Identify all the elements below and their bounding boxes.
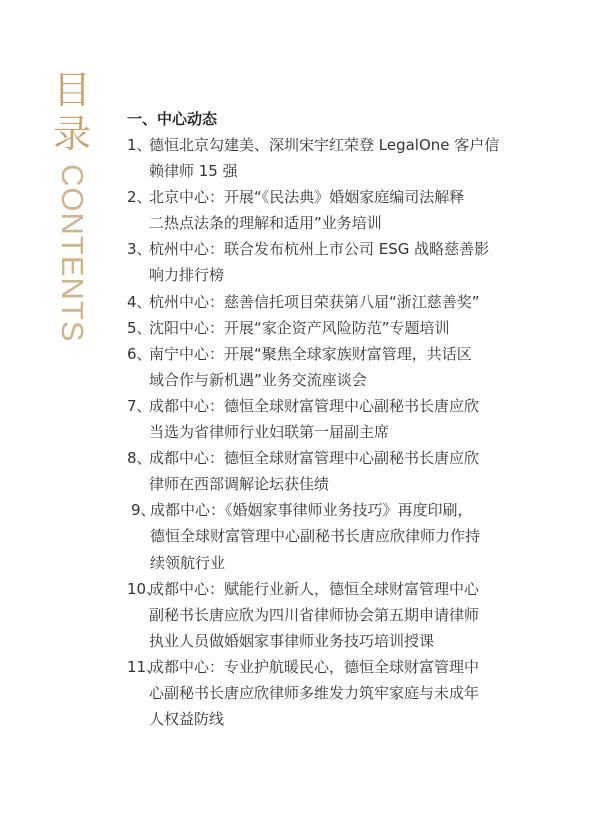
toc-item[interactable]: 8、成都中心：德恒全球财富管理中心副秘书长唐应欣律师在西部调解论坛获佳绩 <box>127 445 527 497</box>
toc-item-text: 杭州中心：慈善信托项目荣获第八届“浙江慈善奖” <box>149 289 527 315</box>
toc-item-line: 副秘书长唐应欣为四川省律师协会第五期申请律师 <box>149 602 527 628</box>
toc-item-line: 南宁中心：开展“聚焦全球家族财富管理，共话区 <box>149 341 527 367</box>
toc-item-line: 心副秘书长唐应欣律师多维发力筑牢家庭与未成年 <box>149 680 527 706</box>
toc-item[interactable]: 7、成都中心：德恒全球财富管理中心副秘书长唐应欣当选为省律师行业妇联第一届副主席 <box>127 393 527 445</box>
toc-item-number: 7、 <box>127 393 149 445</box>
toc-item-line: 二热点法条的理解和适用”业务培训 <box>149 210 527 236</box>
toc-item-line: 杭州中心：联合发布杭州上市公司 ESG 战略慈善影 <box>149 236 527 262</box>
toc-item-line: 北京中心：开展“《民法典》婚姻家庭编司法解释 <box>149 184 527 210</box>
toc-item-number: 10、 <box>127 576 149 654</box>
toc-item-number: 3、 <box>127 236 149 288</box>
toc-item[interactable]: 3、杭州中心：联合发布杭州上市公司 ESG 战略慈善影响力排行榜 <box>127 236 527 288</box>
toc-item[interactable]: 11、成都中心：专业护航暖民心，德恒全球财富管理中心副秘书长唐应欣律师多维发力筑… <box>127 654 527 732</box>
toc-item-text: 南宁中心：开展“聚焦全球家族财富管理，共话区域合作与新机遇”业务交流座谈会 <box>149 341 527 393</box>
toc-item-line: 律师在西部调解论坛获佳绩 <box>149 471 527 497</box>
toc-item-line: 成都中心：《婚姻家事律师业务技巧》再度印刷， <box>150 497 527 523</box>
toc-item[interactable]: 1、德恒北京勾建美、深圳宋宇红荣登 LegalOne 客户信赖律师 15 强 <box>127 132 527 184</box>
toc-item[interactable]: 4、杭州中心：慈善信托项目荣获第八届“浙江慈善奖” <box>127 289 527 315</box>
toc-item-line: 人权益防线 <box>149 706 527 732</box>
toc-item-line: 当选为省律师行业妇联第一届副主席 <box>149 419 527 445</box>
toc-item-line: 域合作与新机遇”业务交流座谈会 <box>149 367 527 393</box>
title-char-mu: 目 <box>53 68 91 112</box>
toc-item-number: 9、 <box>127 497 150 575</box>
toc-item-line: 成都中心：德恒全球财富管理中心副秘书长唐应欣 <box>149 445 527 471</box>
toc-item-line: 成都中心：赋能行业新人，德恒全球财富管理中心 <box>149 576 527 602</box>
toc-item-line: 成都中心：专业护航暖民心，德恒全球财富管理中 <box>149 654 527 680</box>
toc-item-text: 德恒北京勾建美、深圳宋宇红荣登 LegalOne 客户信赖律师 15 强 <box>149 132 527 184</box>
toc-item-number: 4、 <box>127 289 149 315</box>
toc-items: 1、德恒北京勾建美、深圳宋宇红荣登 LegalOne 客户信赖律师 15 强2、… <box>127 132 527 732</box>
title-char-lu: 录 <box>53 112 91 156</box>
toc-item-text: 成都中心：专业护航暖民心，德恒全球财富管理中心副秘书长唐应欣律师多维发力筑牢家庭… <box>149 654 527 732</box>
toc-item-text: 成都中心：德恒全球财富管理中心副秘书长唐应欣当选为省律师行业妇联第一届副主席 <box>149 393 527 445</box>
toc-item[interactable]: 2、北京中心：开展“《民法典》婚姻家庭编司法解释二热点法条的理解和适用”业务培训 <box>127 184 527 236</box>
toc-item[interactable]: 9、成都中心：《婚姻家事律师业务技巧》再度印刷，德恒全球财富管理中心副秘书长唐应… <box>127 497 527 575</box>
toc-item-line: 成都中心：德恒全球财富管理中心副秘书长唐应欣 <box>149 393 527 419</box>
title-english: CONTENTS <box>57 164 87 343</box>
toc-item-number: 11、 <box>127 654 149 732</box>
toc-item[interactable]: 10、成都中心：赋能行业新人，德恒全球财富管理中心副秘书长唐应欣为四川省律师协会… <box>127 576 527 654</box>
toc-item-text: 沈阳中心：开展“家企资产风险防范”专题培训 <box>149 315 527 341</box>
toc-item-line: 沈阳中心：开展“家企资产风险防范”专题培训 <box>149 315 527 341</box>
toc-item-text: 成都中心：《婚姻家事律师业务技巧》再度印刷，德恒全球财富管理中心副秘书长唐应欣律… <box>150 497 527 575</box>
toc-item-number: 8、 <box>127 445 149 497</box>
toc-item-text: 成都中心：德恒全球财富管理中心副秘书长唐应欣律师在西部调解论坛获佳绩 <box>149 445 527 497</box>
contents-side-title: 目 录 CONTENTS <box>52 68 92 343</box>
toc-item-line: 赖律师 15 强 <box>149 158 527 184</box>
toc-item-line: 德恒北京勾建美、深圳宋宇红荣登 LegalOne 客户信 <box>149 132 527 158</box>
toc-item-line: 德恒全球财富管理中心副秘书长唐应欣律师力作持 <box>150 523 527 549</box>
toc-item-line: 执业人员做婚姻家事律师业务技巧培训授课 <box>149 628 527 654</box>
table-of-contents: 一、中心动态 1、德恒北京勾建美、深圳宋宇红荣登 LegalOne 客户信赖律师… <box>127 106 527 732</box>
toc-item-line: 杭州中心：慈善信托项目荣获第八届“浙江慈善奖” <box>149 289 527 315</box>
toc-item-text: 杭州中心：联合发布杭州上市公司 ESG 战略慈善影响力排行榜 <box>149 236 527 288</box>
toc-item-text: 成都中心：赋能行业新人，德恒全球财富管理中心副秘书长唐应欣为四川省律师协会第五期… <box>149 576 527 654</box>
toc-item-text: 北京中心：开展“《民法典》婚姻家庭编司法解释二热点法条的理解和适用”业务培训 <box>149 184 527 236</box>
toc-item[interactable]: 6、南宁中心：开展“聚焦全球家族财富管理，共话区域合作与新机遇”业务交流座谈会 <box>127 341 527 393</box>
toc-item-number: 2、 <box>127 184 149 236</box>
toc-item-number: 1、 <box>127 132 149 184</box>
toc-item-line: 响力排行榜 <box>149 262 527 288</box>
toc-item-number: 5、 <box>127 315 149 341</box>
toc-item[interactable]: 5、沈阳中心：开展“家企资产风险防范”专题培训 <box>127 315 527 341</box>
toc-item-line: 续领航行业 <box>150 550 527 576</box>
section-heading: 一、中心动态 <box>127 106 527 132</box>
toc-item-number: 6、 <box>127 341 149 393</box>
